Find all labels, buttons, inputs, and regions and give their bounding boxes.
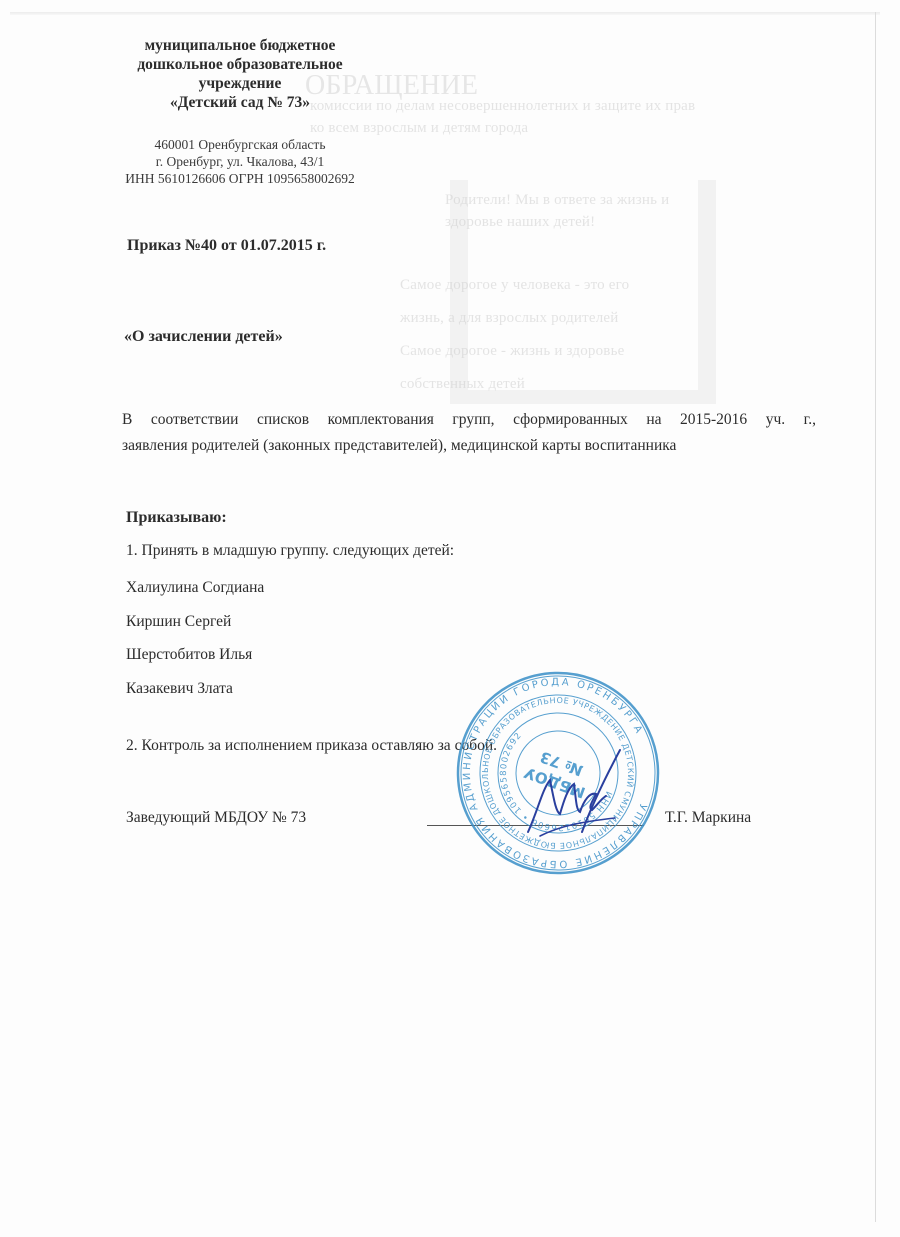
address-line: г. Оренбург, ул. Чкалова, 43/1	[100, 153, 380, 170]
org-address: 460001 Оренбургская область г. Оренбург,…	[100, 136, 380, 187]
org-name-line: муниципальное бюджетное	[110, 36, 370, 55]
child-name: Киршин Сергей	[126, 612, 264, 646]
bleed-through-line: Родители! Мы в ответе за жизнь и	[445, 192, 669, 209]
bleed-through-line: здоровье наших детей!	[445, 214, 595, 231]
scan-top-edge	[10, 12, 880, 15]
org-name-line: дошкольное образовательное	[110, 55, 370, 74]
address-line: 460001 Оренбургская область	[100, 136, 380, 153]
order-item-1: 1. Принять в младшую группу. следующих д…	[126, 542, 454, 560]
child-name: Шерстобитов Илья	[126, 645, 264, 679]
bleed-through-line: Самое дорогое - жизнь и здоровье	[400, 343, 624, 360]
org-name-line: учреждение	[110, 74, 370, 93]
bleed-through-line: Самое дорогое у человека - это его	[400, 277, 629, 294]
bleed-through-line: собственных детей	[400, 376, 525, 393]
child-name: Халиулина Согдиана	[126, 578, 264, 612]
scan-right-edge	[875, 12, 876, 1222]
address-line: ИНН 5610126606 ОГРН 1095658002692	[100, 170, 380, 187]
preamble-line: заявления родителей (законных представит…	[122, 437, 676, 454]
order-item-2: 2. Контроль за исполнением приказа остав…	[126, 737, 497, 755]
order-title: Приказ №40 от 01.07.2015 г.	[127, 237, 326, 255]
handwritten-signature	[520, 740, 630, 850]
signer-name: Т.Г. Маркина	[665, 809, 751, 827]
signer-title: Заведующий МБДОУ № 73	[126, 809, 306, 827]
child-name: Казакевич Злата	[126, 679, 264, 713]
org-name-line: «Детский сад № 73»	[110, 93, 370, 112]
order-subject: «О зачислении детей»	[124, 328, 283, 346]
decree-label: Приказываю:	[126, 509, 227, 527]
org-letterhead: муниципальное бюджетное дошкольное образ…	[110, 36, 370, 112]
order-preamble: В соответствии списков комплектования гр…	[122, 407, 816, 459]
bleed-through-line: ко всем взрослым и детям города	[310, 120, 528, 137]
bleed-through-line: жизнь, а для взрослых родителей	[400, 310, 619, 327]
preamble-line: В соответствии списков комплектования гр…	[122, 407, 816, 433]
children-list: Халиулина Согдиана Киршин Сергей Шерстоб…	[126, 578, 264, 712]
